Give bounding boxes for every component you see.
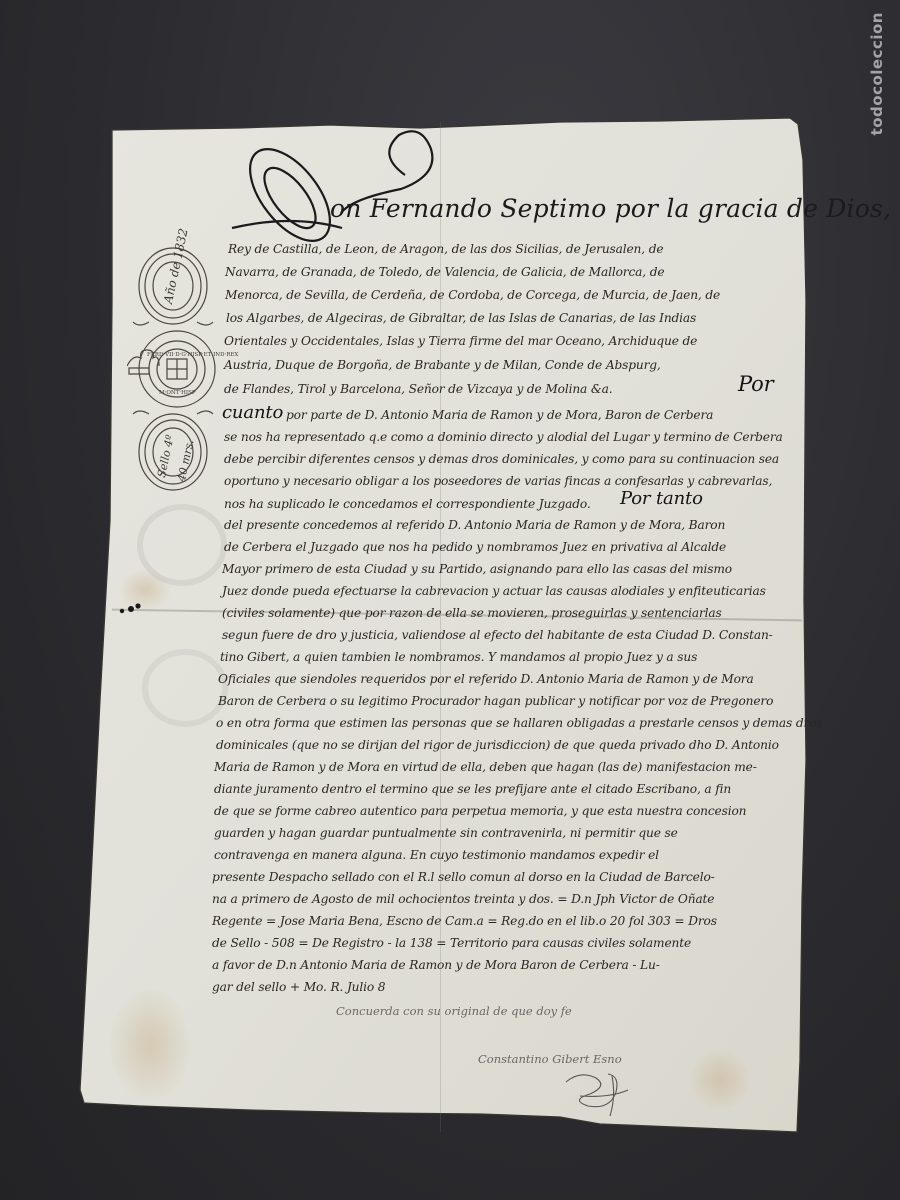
signature-rubric [0, 0, 900, 1200]
historical-document-page: Año de 1832 FERD·VII·D·G·HISP·ET·IND·REX… [0, 0, 900, 1200]
